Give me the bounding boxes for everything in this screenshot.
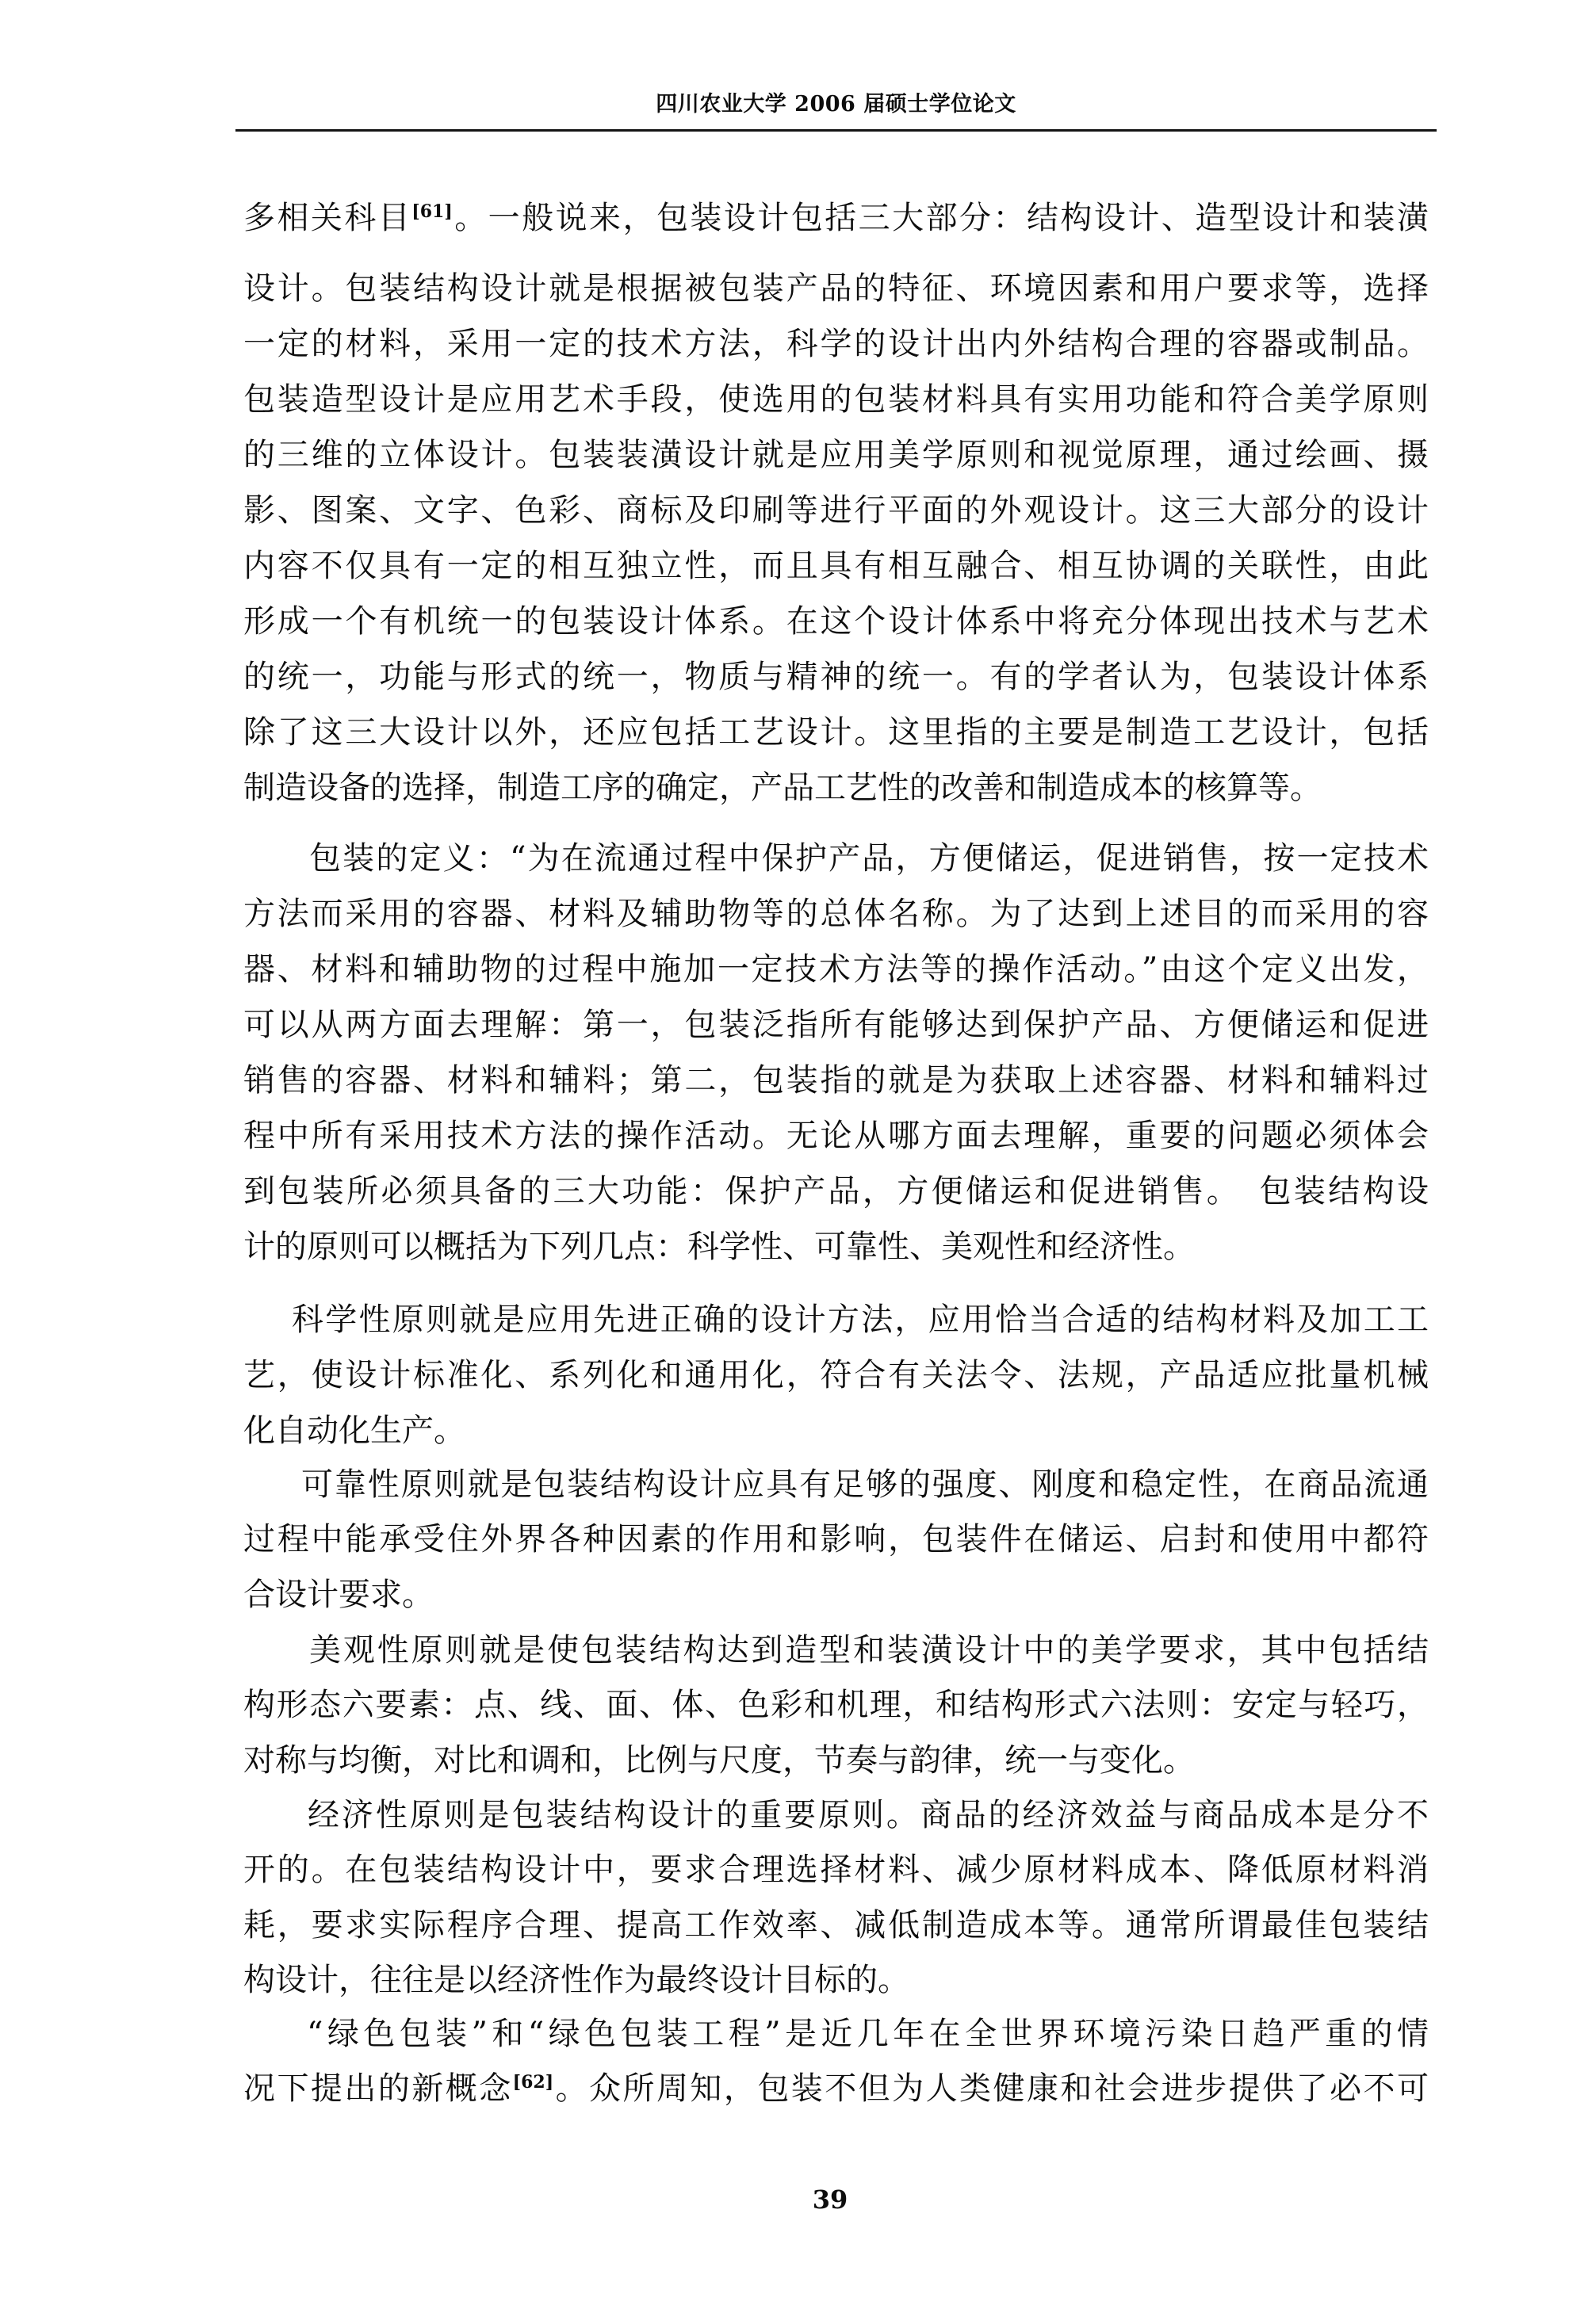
text-line: 况下提出的新概念[62]。众所周知，包装不但为人类健康和社会进步提供了必不可 [243,2062,1429,2116]
text-line: 销售的容器、材料和辅料；第二，包装指的就是为获取上述容器、材料和辅料过 [243,1053,1429,1108]
text-line: 构形态六要素：点、线、面、体、色彩和机理，和结构形式六法则：安定与轻巧， [243,1678,1429,1733]
text-line: 过程中能承受住外界各种因素的作用和影响，包装件在储运、启封和使用中都符 [243,1512,1429,1567]
text-line: 对称与均衡，对比和调和，比例与尺度，节奏与韵律，统一与变化。 [243,1733,1429,1788]
text-line: 开的。在包装结构设计中，要求合理选择材料、减少原材料成本、降低原材料消 [243,1843,1429,1898]
text-line: 的三维的立体设计。包装装潢设计就是应用美学原则和视觉原理，通过绘画、摄 [243,427,1429,483]
text-run: 。众所周知，包装不但为人类健康和社会进步提供了必不可 [553,2070,1429,2107]
text-run: 多相关科目 [243,200,411,236]
text-line: 计的原则可以概括为下列几点：科学性、可靠性、美观性和经济性。 [243,1219,1429,1275]
text-line: 一定的材料，采用一定的技术方法，科学的设计出内外结构合理的容器或制品。 [243,316,1429,372]
citation-ref-61: [61] [411,201,452,222]
text-line: 器、材料和辅助物的过程中施加一定技术方法等的操作活动。”由这个定义出发， [243,942,1429,997]
text-line: 的统一，功能与形式的统一，物质与精神的统一。有的学者认为，包装设计体系 [243,649,1429,705]
text-line: “绿色包装”和“绿色包装工程”是近几年在全世界环境污染日趋严重的情 [243,2007,1429,2062]
text-line: 内容不仅具有一定的相互独立性，而且具有相互融合、相互协调的关联性，由此 [243,538,1429,594]
text-line: 制造设备的选择，制造工序的确定，产品工艺性的改善和制造成本的核算等。 [243,760,1429,816]
text-line: 耗，要求实际程序合理、提高工作效率、减低制造成本等。通常所谓最佳包装结 [243,1898,1429,1953]
text-run: 况下提出的新概念 [243,2070,513,2107]
text-run: 。一般说来，包装设计包括三大部分：结构设计、造型设计和装潢 [453,200,1429,236]
text-line: 可以从两方面去理解：第一，包装泛指所有能够达到保护产品、方便储运和促进 [243,997,1429,1053]
text-line: 除了这三大设计以外，还应包括工艺设计。这里指的主要是制造工艺设计，包括 [243,705,1429,760]
text-line: 设计。包装结构设计就是根据被包装产品的特征、环境因素和用户要求等，选择 [243,261,1429,316]
text-line: 艺，使设计标准化、系列化和通用化，符合有关法令、法规，产品适应批量机械 [243,1347,1429,1403]
text-line: 构设计，往往是以经济性作为最终设计目标的。 [243,1953,1429,2008]
running-header-title: 四川农业大学 2006 届硕士学位论文 [243,92,1429,117]
paragraph-scientific-principle: 科学性原则就是应用先进正确的设计方法，应用恰当合适的结构材料及加工工 艺，使设计… [243,1292,1429,1458]
text-line: 形成一个有机统一的包装设计体系。在这个设计体系中将充分体现出技术与艺术 [243,594,1429,649]
text-line: 影、图案、文字、色彩、商标及印刷等进行平面的外观设计。这三大部分的设计 [243,483,1429,538]
text-line: 美观性原则就是使包装结构达到造型和装潢设计中的美学要求，其中包括结 [243,1623,1429,1678]
citation-ref-62: [62] [513,2072,553,2093]
paragraph-economic-principle: 经济性原则是包装结构设计的重要原则。商品的经济效益与商品成本是分不 开的。在包装… [243,1788,1429,2009]
paragraph-green-packaging: “绿色包装”和“绿色包装工程”是近几年在全世界环境污染日趋严重的情 况下提出的新… [243,2007,1429,2117]
text-line: 科学性原则就是应用先进正确的设计方法，应用恰当合适的结构材料及加工工 [243,1292,1429,1347]
text-line: 合设计要求。 [243,1568,1429,1623]
text-line: 包装造型设计是应用艺术手段，使选用的包装材料具有实用功能和符合美学原则 [243,372,1429,427]
paragraph-reliability-principle: 可靠性原则就是包装结构设计应具有足够的强度、刚度和稳定性，在商品流通 过程中能承… [243,1458,1429,1623]
text-line: 可靠性原则就是包装结构设计应具有足够的强度、刚度和稳定性，在商品流通 [243,1458,1429,1512]
text-line: 多相关科目[61]。一般说来，包装设计包括三大部分：结构设计、造型设计和装潢 [243,190,1429,261]
text-line: 经济性原则是包装结构设计的重要原则。商品的经济效益与商品成本是分不 [243,1788,1429,1843]
paragraph-aesthetic-principle: 美观性原则就是使包装结构达到造型和装潢设计中的美学要求，其中包括结 构形态六要素… [243,1623,1429,1788]
paragraph-packaging-definition: 包装的定义：“为在流通过程中保护产品，方便储运，促进销售，按一定技术 方法而采用… [243,831,1429,1275]
text-line: 程中所有采用技术方法的操作活动。无论从哪方面去理解，重要的问题必须体会 [243,1108,1429,1164]
text-line: 到包装所必须具备的三大功能：保护产品，方便储运和促进销售。 包装结构设 [243,1164,1429,1219]
text-line: 方法而采用的容器、材料及辅助物等的总体名称。为了达到上述目的而采用的容 [243,886,1429,942]
text-line: 化自动化生产。 [243,1403,1429,1458]
header-rule-divider [235,129,1437,132]
text-line: 包装的定义：“为在流通过程中保护产品，方便储运，促进销售，按一定技术 [243,831,1429,886]
paragraph-packaging-design-parts: 多相关科目[61]。一般说来，包装设计包括三大部分：结构设计、造型设计和装潢 设… [243,190,1429,816]
page-number: 39 [793,2184,867,2215]
